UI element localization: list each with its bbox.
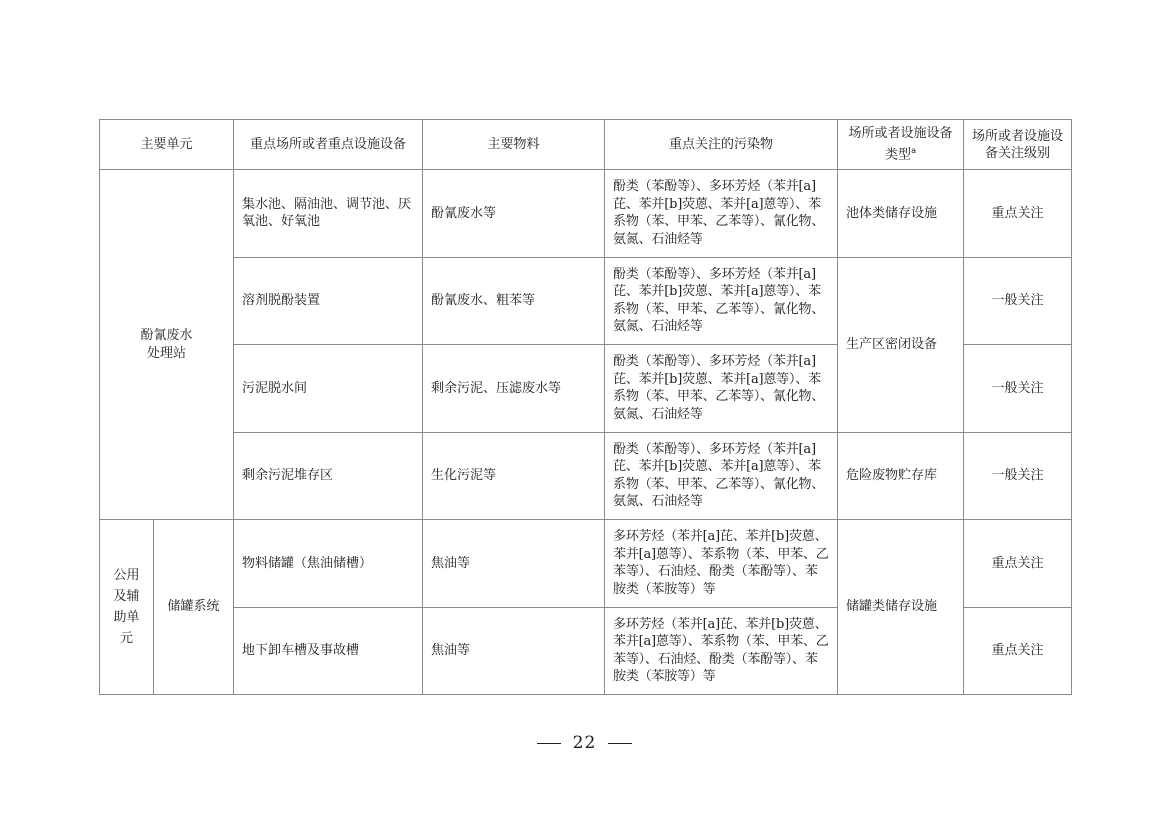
type-cell: 池体类储存设施	[838, 170, 964, 258]
unit-cell: 酚氰废水处理站	[100, 170, 234, 520]
unit-label: 公用及辅助单元	[113, 565, 141, 649]
page-footer: 22	[0, 733, 1169, 753]
footer-dash-left	[537, 743, 561, 744]
pollutant-cell: 酚类（苯酚等）、多环芳烃（苯并[a]芘、苯并[b]荧蒽、苯并[a]蒽等）、苯系物…	[605, 170, 838, 258]
table-row: 公用及辅助单元 储罐系统 物料储罐（焦油储槽） 焦油等 多环芳烃（苯并[a]芘、…	[100, 520, 1072, 608]
type-cell: 生产区密闭设备	[838, 257, 964, 432]
facility-cell: 地下卸车槽及事故槽	[234, 607, 423, 695]
level-cell: 一般关注	[964, 257, 1072, 345]
material-cell: 剩余污泥、压滤废水等	[423, 345, 605, 433]
header-level: 场所或者设施设备关注级别	[964, 120, 1072, 170]
material-cell: 焦油等	[423, 607, 605, 695]
document-page: 主要单元 重点场所或者重点设施设备 主要物料 重点关注的污染物 场所或者设施设备…	[0, 0, 1169, 826]
header-unit: 主要单元	[100, 120, 234, 170]
facility-cell: 溶剂脱酚装置	[234, 257, 423, 345]
level-cell: 一般关注	[964, 345, 1072, 433]
level-cell: 重点关注	[964, 520, 1072, 608]
material-cell: 生化污泥等	[423, 432, 605, 520]
facility-cell: 剩余污泥堆存区	[234, 432, 423, 520]
pollutant-cell: 多环芳烃（苯并[a]芘、苯并[b]荧蒽、苯并[a]蒽等）、苯系物（苯、甲苯、乙苯…	[605, 607, 838, 695]
header-facility: 重点场所或者重点设施设备	[234, 120, 423, 170]
header-material: 主要物料	[423, 120, 605, 170]
header-type-label: 场所或者设施设备类型	[849, 126, 953, 162]
key-facilities-table: 主要单元 重点场所或者重点设施设备 主要物料 重点关注的污染物 场所或者设施设备…	[99, 119, 1072, 695]
header-type: 场所或者设施设备类型a	[838, 120, 964, 170]
type-cell: 危险废物贮存库	[838, 432, 964, 520]
footer-dash-right	[608, 743, 632, 744]
material-cell: 酚氰废水、粗苯等	[423, 257, 605, 345]
table-row: 剩余污泥堆存区 生化污泥等 酚类（苯酚等）、多环芳烃（苯并[a]芘、苯并[b]荧…	[100, 432, 1072, 520]
material-cell: 酚氰废水等	[423, 170, 605, 258]
facility-cell: 物料储罐（焦油储槽）	[234, 520, 423, 608]
table-header-row: 主要单元 重点场所或者重点设施设备 主要物料 重点关注的污染物 场所或者设施设备…	[100, 120, 1072, 170]
pollutant-cell: 酚类（苯酚等）、多环芳烃（苯并[a]芘、苯并[b]荧蒽、苯并[a]蒽等）、苯系物…	[605, 432, 838, 520]
level-cell: 重点关注	[964, 170, 1072, 258]
table-row: 溶剂脱酚装置 酚氰废水、粗苯等 酚类（苯酚等）、多环芳烃（苯并[a]芘、苯并[b…	[100, 257, 1072, 345]
material-cell: 焦油等	[423, 520, 605, 608]
table-row: 酚氰废水处理站 集水池、隔油池、调节池、厌氧池、好氧池 酚氰废水等 酚类（苯酚等…	[100, 170, 1072, 258]
facility-cell: 污泥脱水间	[234, 345, 423, 433]
facility-cell: 集水池、隔油池、调节池、厌氧池、好氧池	[234, 170, 423, 258]
unit-cell: 公用及辅助单元	[100, 520, 154, 695]
footnote-mark: a	[911, 146, 916, 155]
pollutant-cell: 多环芳烃（苯并[a]芘、苯并[b]荧蒽、苯并[a]蒽等）、苯系物（苯、甲苯、乙苯…	[605, 520, 838, 608]
subunit-cell: 储罐系统	[154, 520, 234, 695]
level-cell: 重点关注	[964, 607, 1072, 695]
pollutant-cell: 酚类（苯酚等）、多环芳烃（苯并[a]芘、苯并[b]荧蒽、苯并[a]蒽等）、苯系物…	[605, 345, 838, 433]
unit-label: 酚氰废水处理站	[137, 327, 197, 362]
pollutant-cell: 酚类（苯酚等）、多环芳烃（苯并[a]芘、苯并[b]荧蒽、苯并[a]蒽等）、苯系物…	[605, 257, 838, 345]
level-cell: 一般关注	[964, 432, 1072, 520]
page-number: 22	[573, 733, 597, 753]
header-pollutant: 重点关注的污染物	[605, 120, 838, 170]
type-cell: 储罐类储存设施	[838, 520, 964, 695]
